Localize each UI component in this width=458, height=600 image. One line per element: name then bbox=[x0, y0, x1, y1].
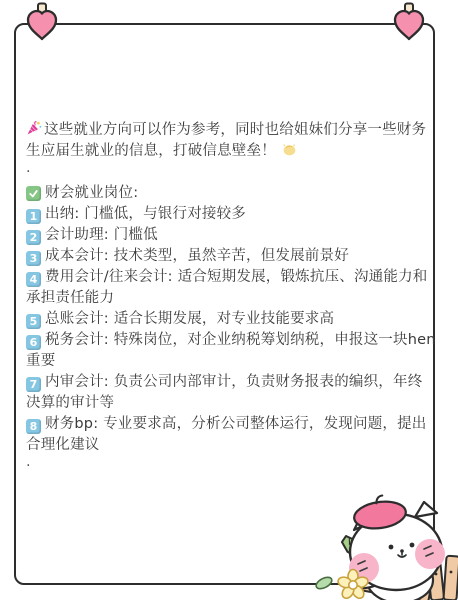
number-badge: 3 bbox=[26, 251, 41, 266]
job-item: 2会计助理: 门槛低 bbox=[26, 225, 437, 246]
party-popper-icon bbox=[26, 120, 42, 136]
number-badge: 4 bbox=[26, 272, 41, 287]
number-badge: 7 bbox=[26, 377, 41, 392]
job-item-text: 总账会计: 适合长期发展，对专业技能要求高 bbox=[45, 311, 334, 327]
section-title: 财会就业岗位: bbox=[45, 185, 138, 201]
job-item-text: 费用会计/往来会计: 适合短期发展，锻炼抗压、沟通能力和承担责任能力 bbox=[26, 269, 427, 306]
job-item-text: 财务bp: 专业要求高，分析公司整体运行，发现问题，提出合理化建议 bbox=[26, 416, 427, 453]
heart-pin-icon bbox=[392, 2, 426, 44]
trailing-dot: · bbox=[26, 456, 437, 477]
check-icon bbox=[26, 186, 41, 201]
number-badge: 2 bbox=[26, 230, 41, 245]
heart-pin-icon bbox=[25, 2, 59, 44]
job-item-text: 成本会计: 技术类型，虽然辛苦，但发展前景好 bbox=[45, 248, 349, 264]
job-item: 8财务bp: 专业要求高，分析公司整体运行，发现问题，提出合理化建议 bbox=[26, 414, 437, 456]
job-item: 4费用会计/往来会计: 适合短期发展，锻炼抗压、沟通能力和承担责任能力 bbox=[26, 267, 437, 309]
clapping-hands-icon bbox=[281, 142, 298, 157]
leaf-icon bbox=[314, 575, 333, 591]
number-badge: 6 bbox=[26, 335, 41, 350]
intro-text: 这些就业方向可以作为参考，同时也给姐妹们分享一些财务生应届生就业的信息，打破信息… bbox=[26, 122, 426, 159]
job-item-text: 会计助理: 门槛低 bbox=[45, 227, 158, 243]
job-item: 6税务会计: 特殊岗位，对企业纳税筹划纳税，申报这一块hen重要 bbox=[26, 330, 437, 372]
job-item: 1出纳: 门槛低，与银行对接较多 bbox=[26, 204, 437, 225]
note-page: { "page": { "background": "#ffffff", "bo… bbox=[0, 0, 458, 600]
job-item: 3成本会计: 技术类型，虽然辛苦，但发展前景好 bbox=[26, 246, 437, 267]
intro-paragraph: 这些就业方向可以作为参考，同时也给姐妹们分享一些财务生应届生就业的信息，打破信息… bbox=[26, 120, 437, 162]
job-item: 7内审会计: 负责公司内部审计，负责财务报表的编织，年终决算的审计等 bbox=[26, 372, 437, 414]
number-badge: 8 bbox=[26, 419, 41, 434]
job-item-text: 税务会计: 特殊岗位，对企业纳税筹划纳税，申报这一块hen重要 bbox=[26, 332, 436, 369]
job-item-text: 出纳: 门槛低，与银行对接较多 bbox=[45, 206, 246, 222]
job-item-text: 内审会计: 负责公司内部审计，负责财务报表的编织，年终决算的审计等 bbox=[26, 374, 422, 411]
job-item: 5总账会计: 适合长期发展，对专业技能要求高 bbox=[26, 309, 437, 330]
cat-painter-illustration bbox=[288, 488, 458, 600]
section-header: 财会就业岗位: bbox=[26, 183, 437, 204]
number-badge: 1 bbox=[26, 209, 41, 224]
separator-dot: · bbox=[26, 162, 437, 183]
note-content: 这些就业方向可以作为参考，同时也给姐妹们分享一些财务生应届生就业的信息，打破信息… bbox=[26, 120, 437, 477]
number-badge: 5 bbox=[26, 314, 41, 329]
